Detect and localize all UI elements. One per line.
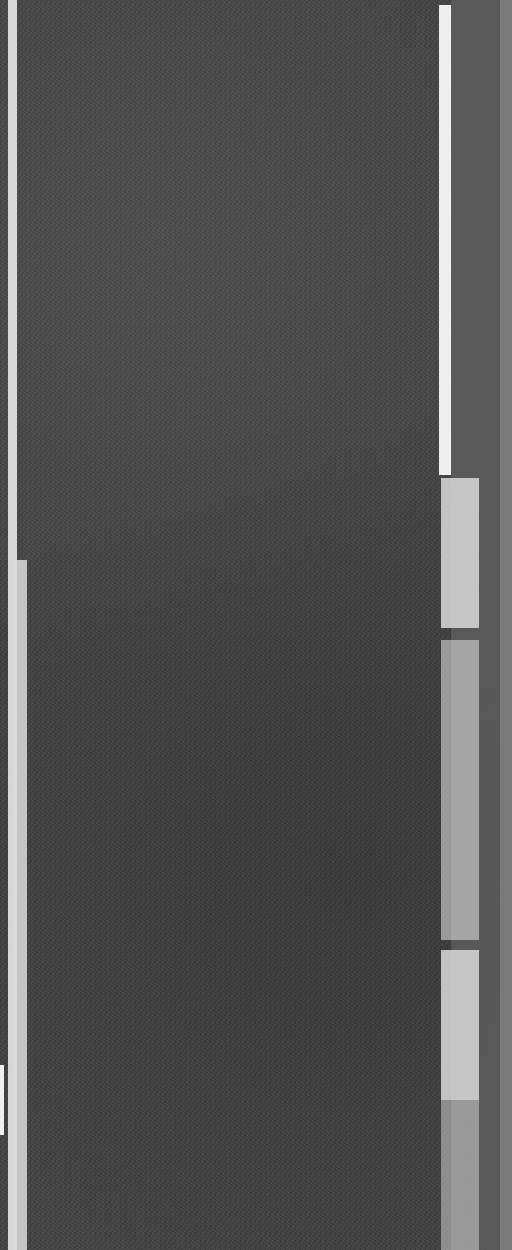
edge-marking	[0, 1065, 4, 1135]
curb-edge	[500, 0, 512, 1250]
worn-marking-patch	[441, 1100, 479, 1250]
left-lane-line-lower	[13, 560, 27, 1250]
road-photo	[0, 0, 512, 1250]
worn-marking-patch	[441, 950, 479, 1100]
worn-marking-patch	[441, 640, 479, 940]
worn-marking-patch	[441, 478, 479, 628]
right-lane-line	[439, 5, 451, 475]
asphalt-surface	[0, 0, 512, 1250]
